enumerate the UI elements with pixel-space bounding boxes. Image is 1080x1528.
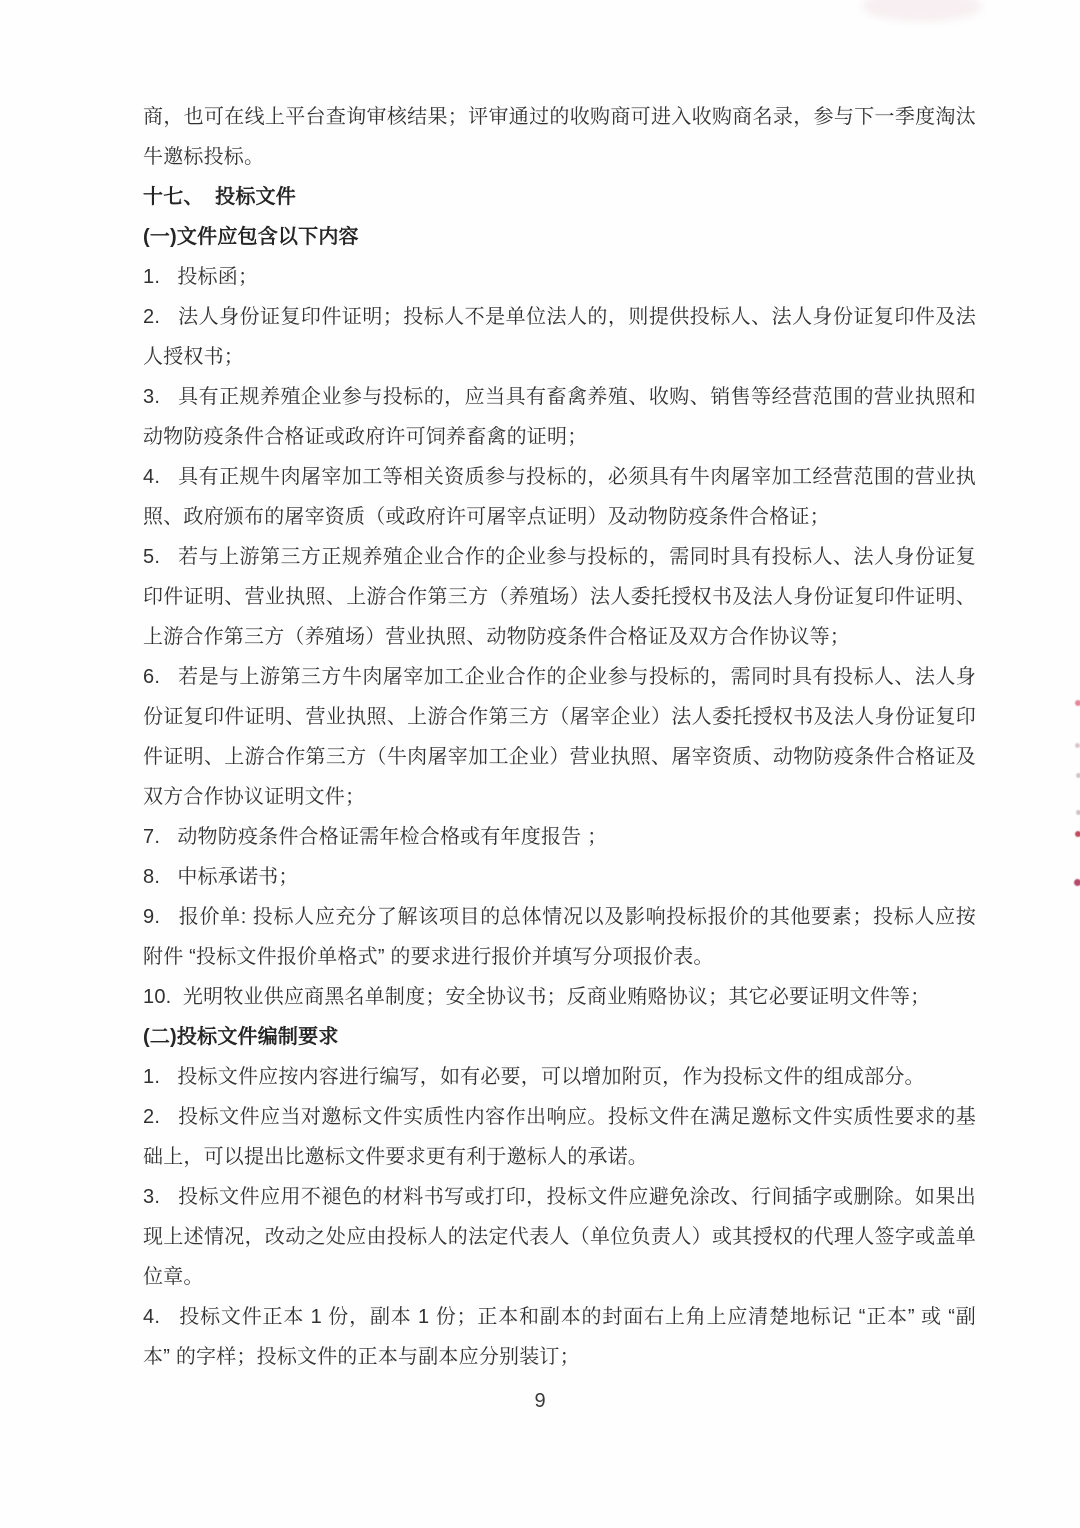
page-number: 9 bbox=[0, 1390, 1080, 1413]
document-line: (二)投标文件编制要求 bbox=[143, 1017, 976, 1057]
document-page: 商，也可在线上平台查询审核结果；评审通过的收购商可进入收购商名录，参与下一季度淘… bbox=[0, 0, 1080, 1528]
document-line: (一)文件应包含以下内容 bbox=[143, 217, 976, 257]
document-line: 十七、 投标文件 bbox=[143, 177, 976, 217]
scan-edge-dot bbox=[1075, 831, 1080, 837]
document-line: 印件证明、营业执照、上游合作第三方（养殖场）法人委托授权书及法人身份证复印件证明… bbox=[143, 577, 976, 617]
scan-edge-dot bbox=[1075, 700, 1080, 706]
document-line: 5. 若与上游第三方正规养殖企业合作的企业参与投标的，需同时具有投标人、法人身份… bbox=[143, 537, 976, 577]
document-line: 照、政府颁布的屠宰资质（或政府许可屠宰点证明）及动物防疫条件合格证； bbox=[143, 497, 976, 537]
document-line: 份证复印件证明、营业执照、上游合作第三方（屠宰企业）法人委托授权书及法人身份证复… bbox=[143, 697, 976, 737]
scan-edge-dot bbox=[1074, 879, 1080, 886]
document-line: 9. 报价单: 投标人应充分了解该项目的总体情况以及影响投标报价的其他要素；投标… bbox=[143, 897, 976, 937]
document-line: 础上，可以提出比邀标文件要求更有利于邀标人的承诺。 bbox=[143, 1137, 976, 1177]
document-line: 3. 具有正规养殖企业参与投标的，应当具有畜禽养殖、收购、销售等经营范围的营业执… bbox=[143, 377, 976, 417]
document-line: 2. 投标文件应当对邀标文件实质性内容作出响应。投标文件在满足邀标文件实质性要求… bbox=[143, 1097, 976, 1137]
document-line: 4. 具有正规牛肉屠宰加工等相关资质参与投标的，必须具有牛肉屠宰加工经营范围的营… bbox=[143, 457, 976, 497]
document-line: 现上述情况，改动之处应由投标人的法定代表人（单位负责人）或其授权的代理人签字或盖… bbox=[143, 1217, 976, 1257]
scan-edge-dot bbox=[1075, 743, 1080, 748]
document-line: 双方合作协议证明文件； bbox=[143, 777, 976, 817]
document-line: 3. 投标文件应用不褪色的材料书写或打印，投标文件应避免涂改、行间插字或删除。如… bbox=[143, 1177, 976, 1217]
document-body: 商，也可在线上平台查询审核结果；评审通过的收购商可进入收购商名录，参与下一季度淘… bbox=[143, 97, 976, 1377]
document-line: 动物防疫条件合格证或政府许可饲养畜禽的证明； bbox=[143, 417, 976, 457]
document-line: 人授权书； bbox=[143, 337, 976, 377]
document-line: 本” 的字样；投标文件的正本与副本应分别装订； bbox=[143, 1337, 976, 1377]
document-line: 10. 光明牧业供应商黑名单制度；安全协议书；反商业贿赂协议；其它必要证明文件等… bbox=[143, 977, 976, 1017]
document-line: 4. 投标文件正本 1 份，副本 1 份；正本和副本的封面右上角上应清楚地标记 … bbox=[143, 1297, 976, 1337]
document-line: 附件 “投标文件报价单格式” 的要求进行报价并填写分项报价表。 bbox=[143, 937, 976, 977]
document-line: 8. 中标承诺书； bbox=[143, 857, 976, 897]
document-line: 牛邀标投标。 bbox=[143, 137, 976, 177]
document-line: 6. 若是与上游第三方牛肉屠宰加工企业合作的企业参与投标的，需同时具有投标人、法… bbox=[143, 657, 976, 697]
document-line: 2. 法人身份证复印件证明；投标人不是单位法人的，则提供投标人、法人身份证复印件… bbox=[143, 297, 976, 337]
scan-edge-dot bbox=[1076, 810, 1080, 815]
document-line: 件证明、上游合作第三方（牛肉屠宰加工企业）营业执照、屠宰资质、动物防疫条件合格证… bbox=[143, 737, 976, 777]
document-line: 商，也可在线上平台查询审核结果；评审通过的收购商可进入收购商名录，参与下一季度淘… bbox=[143, 97, 976, 137]
document-line: 1. 投标文件应按内容进行编写，如有必要，可以增加附页，作为投标文件的组成部分。 bbox=[143, 1057, 976, 1097]
document-line: 位章。 bbox=[143, 1257, 976, 1297]
document-line: 1. 投标函； bbox=[143, 257, 976, 297]
document-line: 7. 动物防疫条件合格证需年检合格或有年度报告 ； bbox=[143, 817, 976, 857]
scan-smudge bbox=[862, 0, 982, 22]
scan-edge-dot bbox=[1076, 773, 1080, 778]
document-line: 上游合作第三方（养殖场）营业执照、动物防疫条件合格证及双方合作协议等； bbox=[143, 617, 976, 657]
